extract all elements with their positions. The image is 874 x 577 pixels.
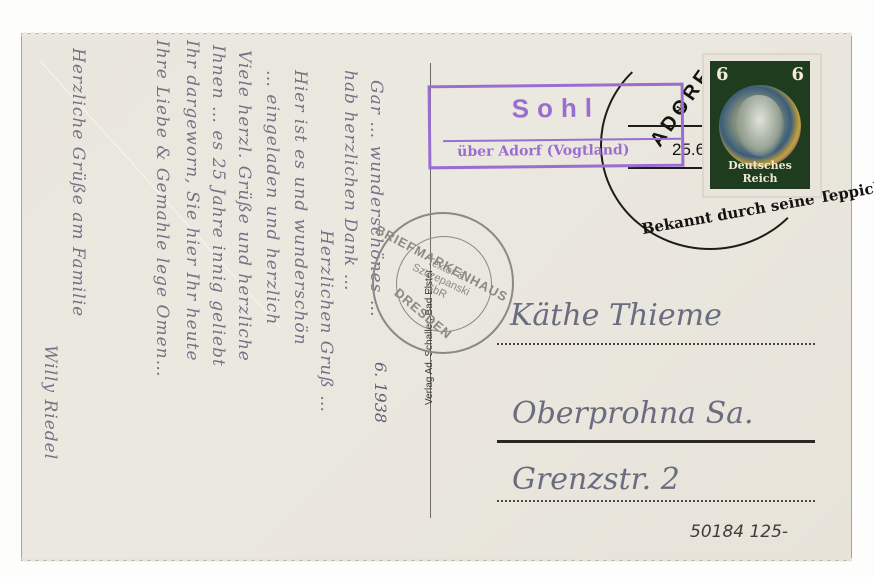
address-street: Grenzstr. 2 (512, 462, 680, 497)
handwriting-line: Ihre Liebe & Gemahle lege Omen… (152, 40, 172, 378)
handwriting-line: Hier ist es und wunderschön (290, 70, 310, 346)
address-recipient: Käthe Thieme (510, 298, 722, 333)
address-line-1-rule (497, 343, 815, 345)
landpost-divider (443, 138, 681, 142)
deckle-edge-top (21, 30, 852, 36)
handwriting-signature: Willy Riedel (40, 345, 60, 460)
stamp-design: 6 6 Deutsches Reich (710, 61, 810, 189)
address-town: Oberprohna Sa. (512, 396, 754, 431)
handwriting-line: Ihnen … es 25 Jahre innig geliebt (208, 45, 228, 367)
stamp-value-right: 6 (791, 64, 804, 85)
stamp-country: Deutsches Reich (710, 159, 810, 185)
handwriting-closing: Herzliche Grüße am Familie (68, 48, 88, 317)
landpost-via: über Adorf (Vogtland) (457, 142, 629, 160)
landpost-place: Sohl (431, 92, 681, 126)
dealer-cachet: BRIEFMARKENHAUS DRESDEN Textor & Szczepa… (372, 212, 514, 354)
handwriting-line: … eingeladen und herzlich (262, 70, 282, 325)
postmark-bar-bottom (628, 167, 708, 169)
deckle-edge-bottom (21, 558, 852, 564)
postage-stamp: 6 6 Deutsches Reich (704, 55, 820, 196)
stamp-value-left: 6 (716, 64, 729, 85)
address-line-3-rule (497, 500, 815, 502)
handwriting-date: 6. 1938 (371, 362, 390, 423)
handwriting-line: hab herzlichen Dank … (340, 70, 360, 292)
handwriting-line: Herzlichen Gruß … (316, 230, 336, 413)
handwriting-line: Ihr dargeworn, Sie hier Ihr heute (182, 40, 202, 362)
handwriting-line: Viele herzl. Grüße und herzliche (234, 50, 254, 362)
landpost-cachet: Sohl über Adorf (Vogtland) (428, 83, 685, 170)
dealer-pencil-note: 50184 125- (690, 522, 788, 542)
address-line-2-rule (497, 440, 815, 443)
